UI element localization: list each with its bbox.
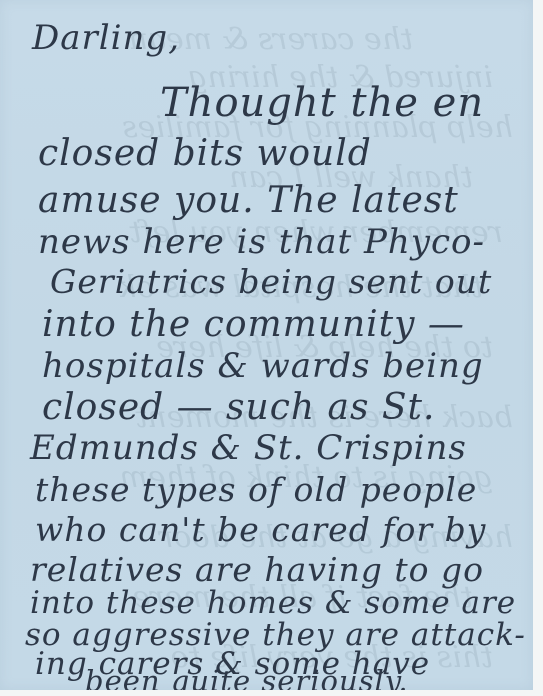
letter-page: the carers & mean injured & the hiring h… (0, 0, 533, 690)
letter-line-3: amuse you. The latest (38, 180, 459, 221)
salutation: Darling, (32, 18, 180, 58)
letter-line-11: who can't be cared for by (35, 510, 486, 549)
letter-line-16: been quite seriously. (85, 664, 409, 690)
letter-line-13: into these homes & some are (30, 585, 516, 621)
paper-bottom-edge (0, 690, 543, 696)
letter-line-10: these types of old people (35, 470, 477, 509)
letter-line-6: into the community — (42, 304, 465, 345)
letter-line-8: closed — such as St. (42, 387, 435, 428)
paper-right-edge (533, 0, 543, 696)
letter-line-2: closed bits would (38, 133, 372, 174)
letter-line-1: Thought the en (160, 80, 484, 126)
letter-line-5: Geriatrics being sent out (50, 262, 492, 301)
letter-line-7: hospitals & wards being (42, 346, 484, 386)
letter-line-4: news here is that Phyco- (38, 222, 485, 262)
letter-line-9: Edmunds & St. Crispins (30, 428, 467, 468)
letter-line-12: relatives are having to go (30, 550, 484, 589)
